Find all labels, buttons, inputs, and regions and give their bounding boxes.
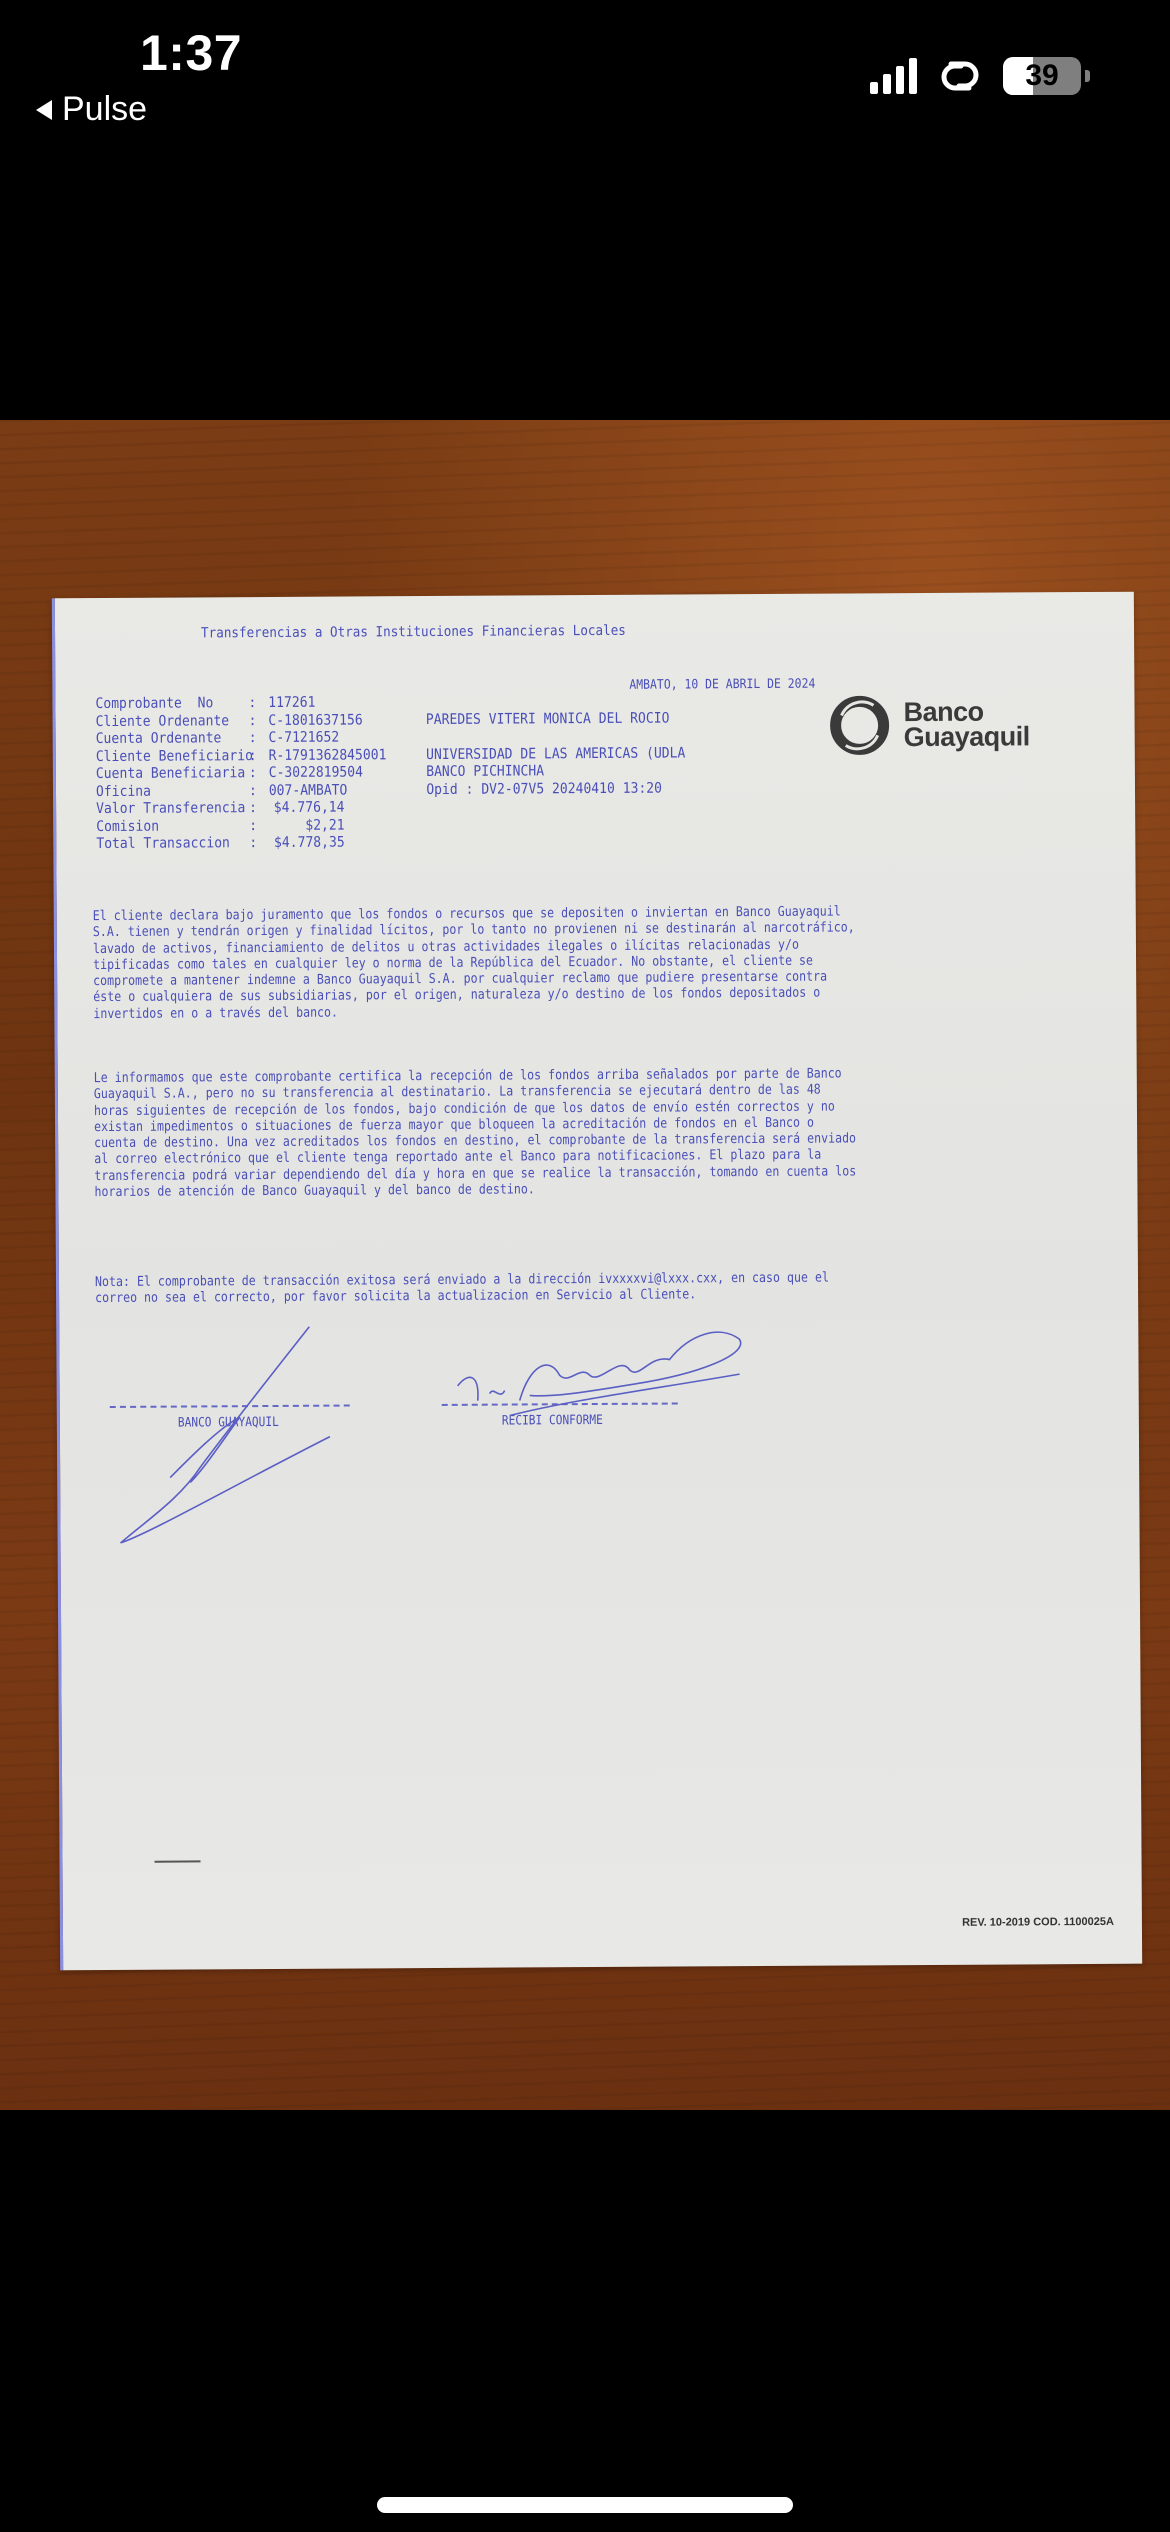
client-signature-scribble: [449, 1314, 750, 1426]
home-indicator[interactable]: [377, 2497, 793, 2513]
email-note: Nota: El comprobante de transacción exit…: [95, 1270, 829, 1307]
amount-label: Comision: [96, 818, 249, 836]
field-row: Cliente Beneficiario:R-1791362845001UNIV…: [96, 745, 686, 766]
field-extra: BANCO PICHINCHA: [426, 763, 544, 781]
field-row: Cliente Ordenante:C-1801637156PAREDES VI…: [96, 710, 686, 731]
status-bar: 1:37 Pulse 39: [0, 0, 1170, 140]
clock: 1:37: [140, 24, 242, 82]
transaction-fields: Comprobante No:117261Cliente Ordenante:C…: [95, 692, 686, 853]
bank-signature-scribble: [109, 1317, 340, 1548]
document-date: AMBATO, 10 DE ABRIL DE 2024: [629, 677, 815, 693]
bank-logo-text: Banco Guayaquil: [903, 699, 1029, 750]
field-value: R-1791362845001: [269, 747, 386, 765]
amount-row: Total Transaccion:$4.778,35: [96, 832, 686, 853]
field-separator: :: [249, 765, 269, 783]
amount-value: $2,21: [269, 817, 345, 835]
signal-icon: [870, 58, 917, 94]
declaration-paragraph: El cliente declara bajo juramento que lo…: [93, 903, 856, 1022]
field-label: Cuenta Beneficiaria: [96, 765, 249, 783]
field-value: C-1801637156: [268, 712, 385, 730]
pencil-mark: [155, 1860, 201, 1862]
back-app-label: Pulse: [62, 90, 147, 129]
amount-label: Valor Transferencia: [96, 800, 249, 818]
battery-icon: 39: [1003, 57, 1081, 95]
field-separator: :: [249, 712, 269, 730]
amount-value: $4.776,14: [269, 800, 345, 818]
field-value: 007-AMBATO: [269, 782, 386, 800]
field-separator: :: [249, 800, 269, 818]
back-triangle-icon: [36, 100, 52, 120]
field-extra: UNIVERSIDAD DE LAS AMERICAS (UDLA: [426, 745, 685, 764]
field-separator: :: [249, 730, 269, 748]
field-label: Cliente Ordenante: [96, 713, 249, 731]
field-value: C-7121652: [268, 729, 385, 747]
amount-value: $4.778,35: [269, 835, 345, 853]
battery-percent: 39: [1025, 59, 1058, 93]
field-extra: Opid : DV2-07V5 20240410 13:20: [426, 780, 662, 799]
field-separator: :: [249, 817, 269, 835]
photo-viewer[interactable]: Transferencias a Otras Instituciones Fin…: [0, 420, 1170, 2110]
field-separator: :: [248, 695, 268, 713]
field-label: Cuenta Ordenante: [96, 730, 249, 748]
logo-line-2: Guayaquil: [904, 724, 1030, 750]
battery-nub: [1085, 70, 1090, 82]
field-separator: :: [249, 782, 269, 800]
amount-label: Total Transaccion: [96, 835, 249, 853]
status-icons: 39: [870, 56, 1090, 96]
field-label: Cliente Beneficiario: [96, 748, 249, 766]
transfer-receipt: Transferencias a Otras Instituciones Fin…: [52, 592, 1142, 1971]
field-label: Oficina: [96, 783, 249, 801]
bank-logo-icon: [829, 695, 889, 755]
field-separator: :: [249, 835, 269, 853]
field-value: 117261: [268, 694, 385, 712]
field-separator: :: [249, 747, 269, 765]
bank-logo: Banco Guayaquil: [829, 694, 1029, 755]
personal-hotspot-icon: [931, 56, 989, 96]
back-to-app-button[interactable]: Pulse: [36, 90, 147, 129]
field-label: Comprobante No: [95, 695, 248, 713]
form-code: REV. 10-2019 COD. 1100025A: [962, 1916, 1114, 1929]
document-title: Transferencias a Otras Instituciones Fin…: [201, 623, 626, 642]
field-row: Oficina:007-AMBATOOpid : DV2-07V5 202404…: [96, 780, 686, 801]
field-value: C-3022819504: [269, 764, 386, 782]
field-extra: PAREDES VITERI MONICA DEL ROCIO: [426, 710, 670, 729]
information-paragraph: Le informamos que este comprobante certi…: [94, 1065, 857, 1200]
